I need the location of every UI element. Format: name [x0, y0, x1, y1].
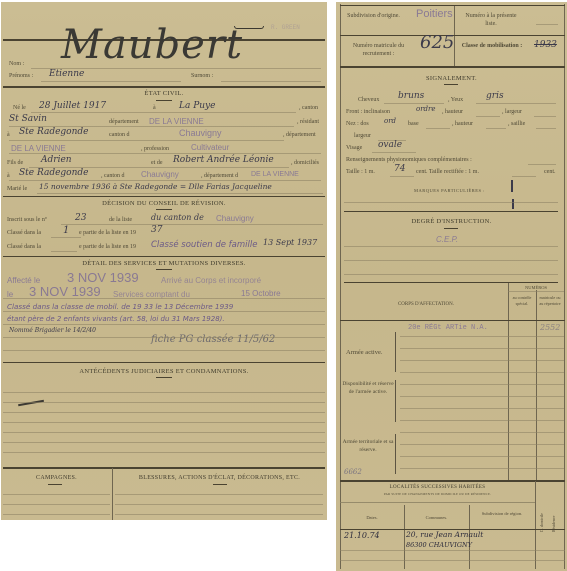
title-underline — [444, 84, 458, 85]
line — [400, 396, 564, 397]
profession-value: Cultivateur — [191, 143, 229, 152]
section-rule — [344, 282, 558, 283]
line — [31, 112, 296, 113]
campagnes-title: CAMPAGNES. — [1, 475, 112, 481]
a-label: à — [153, 105, 156, 111]
line — [9, 180, 321, 181]
title-underline — [48, 484, 62, 485]
subdivision-value: Poitiers — [416, 8, 453, 20]
fils-value: Adrien — [41, 155, 72, 165]
line — [400, 348, 564, 349]
line — [400, 360, 564, 361]
top-box-bottom-rule — [340, 66, 565, 68]
title-underline — [213, 484, 227, 485]
line — [528, 164, 556, 165]
classe1-label: Classé dans la — [7, 230, 41, 236]
matricule-value: 625 — [420, 32, 454, 53]
cheveux-label: Cheveux — [358, 97, 379, 103]
line — [51, 251, 77, 252]
margin-number: 6662 — [344, 468, 362, 476]
bracket-icon — [395, 380, 398, 422]
et-de-value: Robert Andrée Léonie — [173, 155, 274, 165]
line — [344, 202, 558, 203]
departement3-label: , département d — [201, 173, 238, 179]
row1-commune-line2: 86300 CHAUVIGNY — [406, 541, 472, 549]
prenoms-value: Etienne — [49, 69, 84, 79]
date-label: Dates. — [340, 515, 404, 520]
section-rule — [3, 256, 325, 257]
top-stamp: R. GREEN — [271, 24, 300, 31]
yeux-value: gris — [486, 91, 504, 101]
departement3-value: DE LA VIENNE — [251, 171, 299, 178]
saillie-label: , saillie — [508, 121, 525, 127]
line — [390, 176, 414, 177]
classe2-suffix: e partie de la liste en 19 — [79, 244, 136, 250]
classe2-date: 13 Sept 1937 — [263, 238, 317, 247]
et-de-label: et de — [151, 160, 163, 166]
liste-value: du canton de — [151, 213, 204, 222]
col1-label: au contrôle spécial. — [509, 295, 535, 307]
marques-mark — [512, 199, 514, 209]
departement2-value: DE LA VIENNE — [11, 144, 66, 153]
blessures-title: BLESSURES, ACTIONS D'ÉCLAT, DÉCORATIONS,… — [112, 475, 327, 481]
prenoms-label: Prénoms : — [9, 73, 33, 79]
line — [344, 260, 558, 261]
taille-label: Taille : 1 m. — [346, 169, 375, 175]
section-rule — [340, 480, 565, 482]
a-value: La Puye — [179, 101, 215, 111]
line — [3, 504, 110, 505]
marie-label: Marié le — [7, 186, 27, 192]
line — [400, 408, 564, 409]
inscrit-value: 23 — [75, 213, 86, 223]
canton-label: , canton — [299, 105, 318, 111]
line — [3, 452, 325, 453]
domicilies-label: , domiciliés — [291, 160, 319, 166]
line — [344, 246, 558, 247]
line — [372, 152, 416, 153]
classe2-label: Classé dans la — [7, 244, 41, 250]
table-divider — [508, 283, 509, 480]
communes-label: Communes. — [404, 515, 469, 520]
title-underline — [156, 100, 172, 101]
line — [512, 176, 536, 177]
line — [3, 350, 325, 351]
corps-label: CORPS D'AFFECTATION. — [344, 302, 508, 307]
line — [3, 422, 325, 423]
services-line4: étant père de 2 enfants vivants (art. 58… — [7, 315, 225, 323]
nom-value: Maubert — [61, 22, 243, 68]
marques-mark — [511, 180, 513, 192]
section-rule — [3, 196, 325, 197]
ne-le-label: Né le — [13, 105, 26, 111]
visage-label: Visage — [346, 145, 362, 151]
nom-label: Nom : — [9, 61, 24, 67]
table-header-rule — [340, 320, 565, 321]
line — [3, 337, 325, 338]
le-value: 3 NOV 1939 — [29, 284, 101, 299]
canton2-value: Chauvigny — [179, 128, 222, 138]
largeur2-label: largeur — [354, 133, 371, 139]
line — [340, 502, 535, 503]
judiciaires-title: ANTÉCÉDENTS JUDICIAIRES ET CONDAMNATIONS… — [1, 368, 327, 375]
row1-commune-line1: 20, rue Jean Arnault — [406, 530, 483, 539]
classe1-partie: 1 — [63, 225, 69, 236]
line — [115, 494, 323, 495]
cent-label: cent. Taille rectifiée : 1 m. — [416, 169, 479, 175]
line — [400, 468, 564, 469]
section-rule — [3, 362, 325, 363]
front-value: ordre — [416, 105, 436, 113]
title-underline — [156, 209, 172, 210]
signalement-title: SIGNALEMENT. — [336, 75, 567, 82]
classe2-stamp: Classé soutien de famille — [151, 240, 257, 250]
arrive-label: Arrivé au Corps et incorporé — [161, 276, 261, 285]
table-divider — [536, 290, 537, 480]
residant-value: Ste Radegonde — [19, 127, 88, 137]
liste-canton-stamp: Chauvigny — [216, 214, 254, 223]
line — [3, 392, 325, 393]
localites-subtitle: PAR SUITE DE CHANGEMENTS DE DOMICILE OU … — [340, 492, 535, 496]
line — [61, 224, 323, 225]
ne-le-value: 28 Juillet 1917 — [39, 101, 106, 111]
domicilies-value: Ste Radegonde — [19, 168, 88, 178]
disponibilite-label: Disponibilité et réserve de l'armée acti… — [341, 380, 395, 396]
bracket-icon — [395, 332, 398, 372]
services-title: DÉTAIL DES SERVICES ET MUTATIONS DIVERSE… — [1, 260, 327, 267]
residant-label: , résidant — [297, 119, 319, 125]
matricule-value-right: 2552 — [540, 323, 560, 332]
nez-label: Nez : dos — [346, 121, 369, 127]
line — [486, 128, 506, 129]
line — [3, 442, 325, 443]
subdivision-region-label: Subdivision de région. — [472, 511, 532, 517]
fils-label: Fils de — [7, 160, 23, 166]
prenoms-line — [41, 81, 181, 82]
departement-label: département — [109, 119, 139, 125]
right-page: Subdivision d'origine. Poitiers Numéro à… — [336, 2, 567, 571]
line — [3, 494, 110, 495]
line — [476, 103, 556, 104]
nez-value: ord — [384, 117, 396, 125]
page-border-right — [564, 4, 565, 569]
matricule-label: Numéro matricule du recrutement : — [346, 42, 411, 58]
line — [400, 336, 564, 337]
localites-title: LOCALITÉS SUCCESSIVES HABITÉES — [340, 485, 535, 490]
line — [3, 514, 110, 515]
a-prefix: à — [7, 173, 10, 179]
surnom-line — [221, 81, 321, 82]
services-value: 15 Octobre — [241, 289, 281, 298]
line — [3, 432, 325, 433]
line — [384, 103, 444, 104]
hauteur-label: , hauteur — [442, 109, 463, 115]
cent2-label: cent. — [544, 169, 556, 175]
line — [476, 116, 500, 117]
line — [340, 550, 565, 551]
title-underline — [444, 228, 458, 229]
line — [344, 274, 558, 275]
liste-label: de la liste — [109, 217, 132, 223]
marie-value: 15 novembre 1936 à Ste Radegonde = Dlle … — [39, 182, 272, 191]
base-label: base — [408, 121, 419, 127]
line — [3, 402, 325, 403]
instruction-title: DEGRÉ D'INSTRUCTION. — [336, 218, 567, 225]
line — [400, 384, 564, 385]
header-bottom-rule — [3, 86, 325, 88]
departement2-label: , département — [283, 132, 316, 138]
renseignements-label: Renseignements physionomiques complément… — [346, 157, 472, 163]
side-col-divider — [535, 481, 536, 569]
line — [3, 311, 325, 312]
line — [400, 444, 564, 445]
affecte-value: 3 NOV 1939 — [67, 270, 139, 285]
classe-label: Classe de mobilisation : — [461, 42, 523, 50]
etat-civil-title: ÉTAT CIVIL. — [1, 90, 327, 97]
front-label: Front : inclinaison — [346, 109, 390, 115]
left-page: R. GREEN Maubert Nom : Prénoms : Etienne… — [1, 2, 327, 520]
taille-value: 74 — [394, 164, 405, 174]
services-line6: fiche PG classée 11/5/62 — [151, 334, 275, 345]
classe1-year: 37 — [151, 225, 162, 235]
line — [9, 153, 321, 154]
subdivision-label: Subdivision d'origine. — [346, 12, 401, 20]
row1-date: 21.10.74 — [344, 531, 380, 540]
departement-value: DE LA VIENNE — [149, 117, 204, 126]
line — [508, 291, 564, 292]
title-underline — [156, 269, 172, 270]
hauteur2-label: , hauteur — [452, 121, 473, 127]
line — [37, 193, 323, 194]
top-border — [340, 5, 565, 6]
yeux-label: , Yeux — [448, 97, 463, 103]
line — [534, 116, 556, 117]
canton3-label: , canton d — [101, 173, 125, 179]
line — [115, 514, 323, 515]
cheveux-value: bruns — [398, 91, 424, 101]
corps-value: 20e RÉGt ARTie N.A. — [408, 324, 488, 332]
line — [340, 560, 565, 561]
line — [3, 324, 325, 325]
line — [400, 456, 564, 457]
visage-value: ovale — [378, 140, 402, 150]
line — [51, 237, 81, 238]
canton-value: St Savin — [9, 114, 47, 124]
line — [115, 504, 323, 505]
line — [9, 140, 284, 141]
section-rule — [3, 467, 325, 469]
line — [400, 372, 564, 373]
line — [400, 420, 564, 421]
marques-label: MARQUES PARTICULIÈRES : — [414, 188, 485, 193]
numero-label: Numéro à la présente liste. — [461, 12, 521, 28]
canton2-label: canton d — [109, 132, 130, 138]
col2-label: matricule ou au répertoire — [537, 295, 563, 307]
surnom-label: Surnom : — [191, 73, 213, 79]
classe1-suffix: e partie de la liste en 19 — [79, 230, 136, 236]
numeros-label: NUMÉROS — [508, 285, 564, 290]
line — [536, 24, 558, 25]
line — [536, 128, 556, 129]
line — [400, 432, 564, 433]
inscrit-label: Inscrit sous le nº — [7, 217, 47, 223]
line — [3, 298, 325, 299]
profession-label: , profession — [141, 146, 169, 152]
bracket-icon — [395, 434, 398, 474]
title-underline — [156, 377, 172, 378]
conseil-title: DÉCISION DU CONSEIL DE RÉVISION. — [1, 200, 327, 207]
territoriale-label: Armée territoriale et sa réserve. — [341, 438, 395, 454]
armee-active-label: Armée active. — [346, 349, 382, 356]
line — [3, 412, 325, 413]
largeur-label: , largeur — [502, 109, 522, 115]
section-rule — [344, 211, 558, 212]
services-line5: Nommé Brigadier le 14/2/40 — [9, 327, 96, 334]
classe-value: 1933 — [534, 40, 557, 50]
canton3-value: Chauvigny — [141, 170, 179, 179]
services-line3: Classé dans la classe de mobil. de 19 33… — [7, 302, 233, 311]
a-prefix: à — [7, 132, 10, 138]
instruction-value: C.E.P. — [436, 235, 458, 244]
line — [426, 128, 450, 129]
